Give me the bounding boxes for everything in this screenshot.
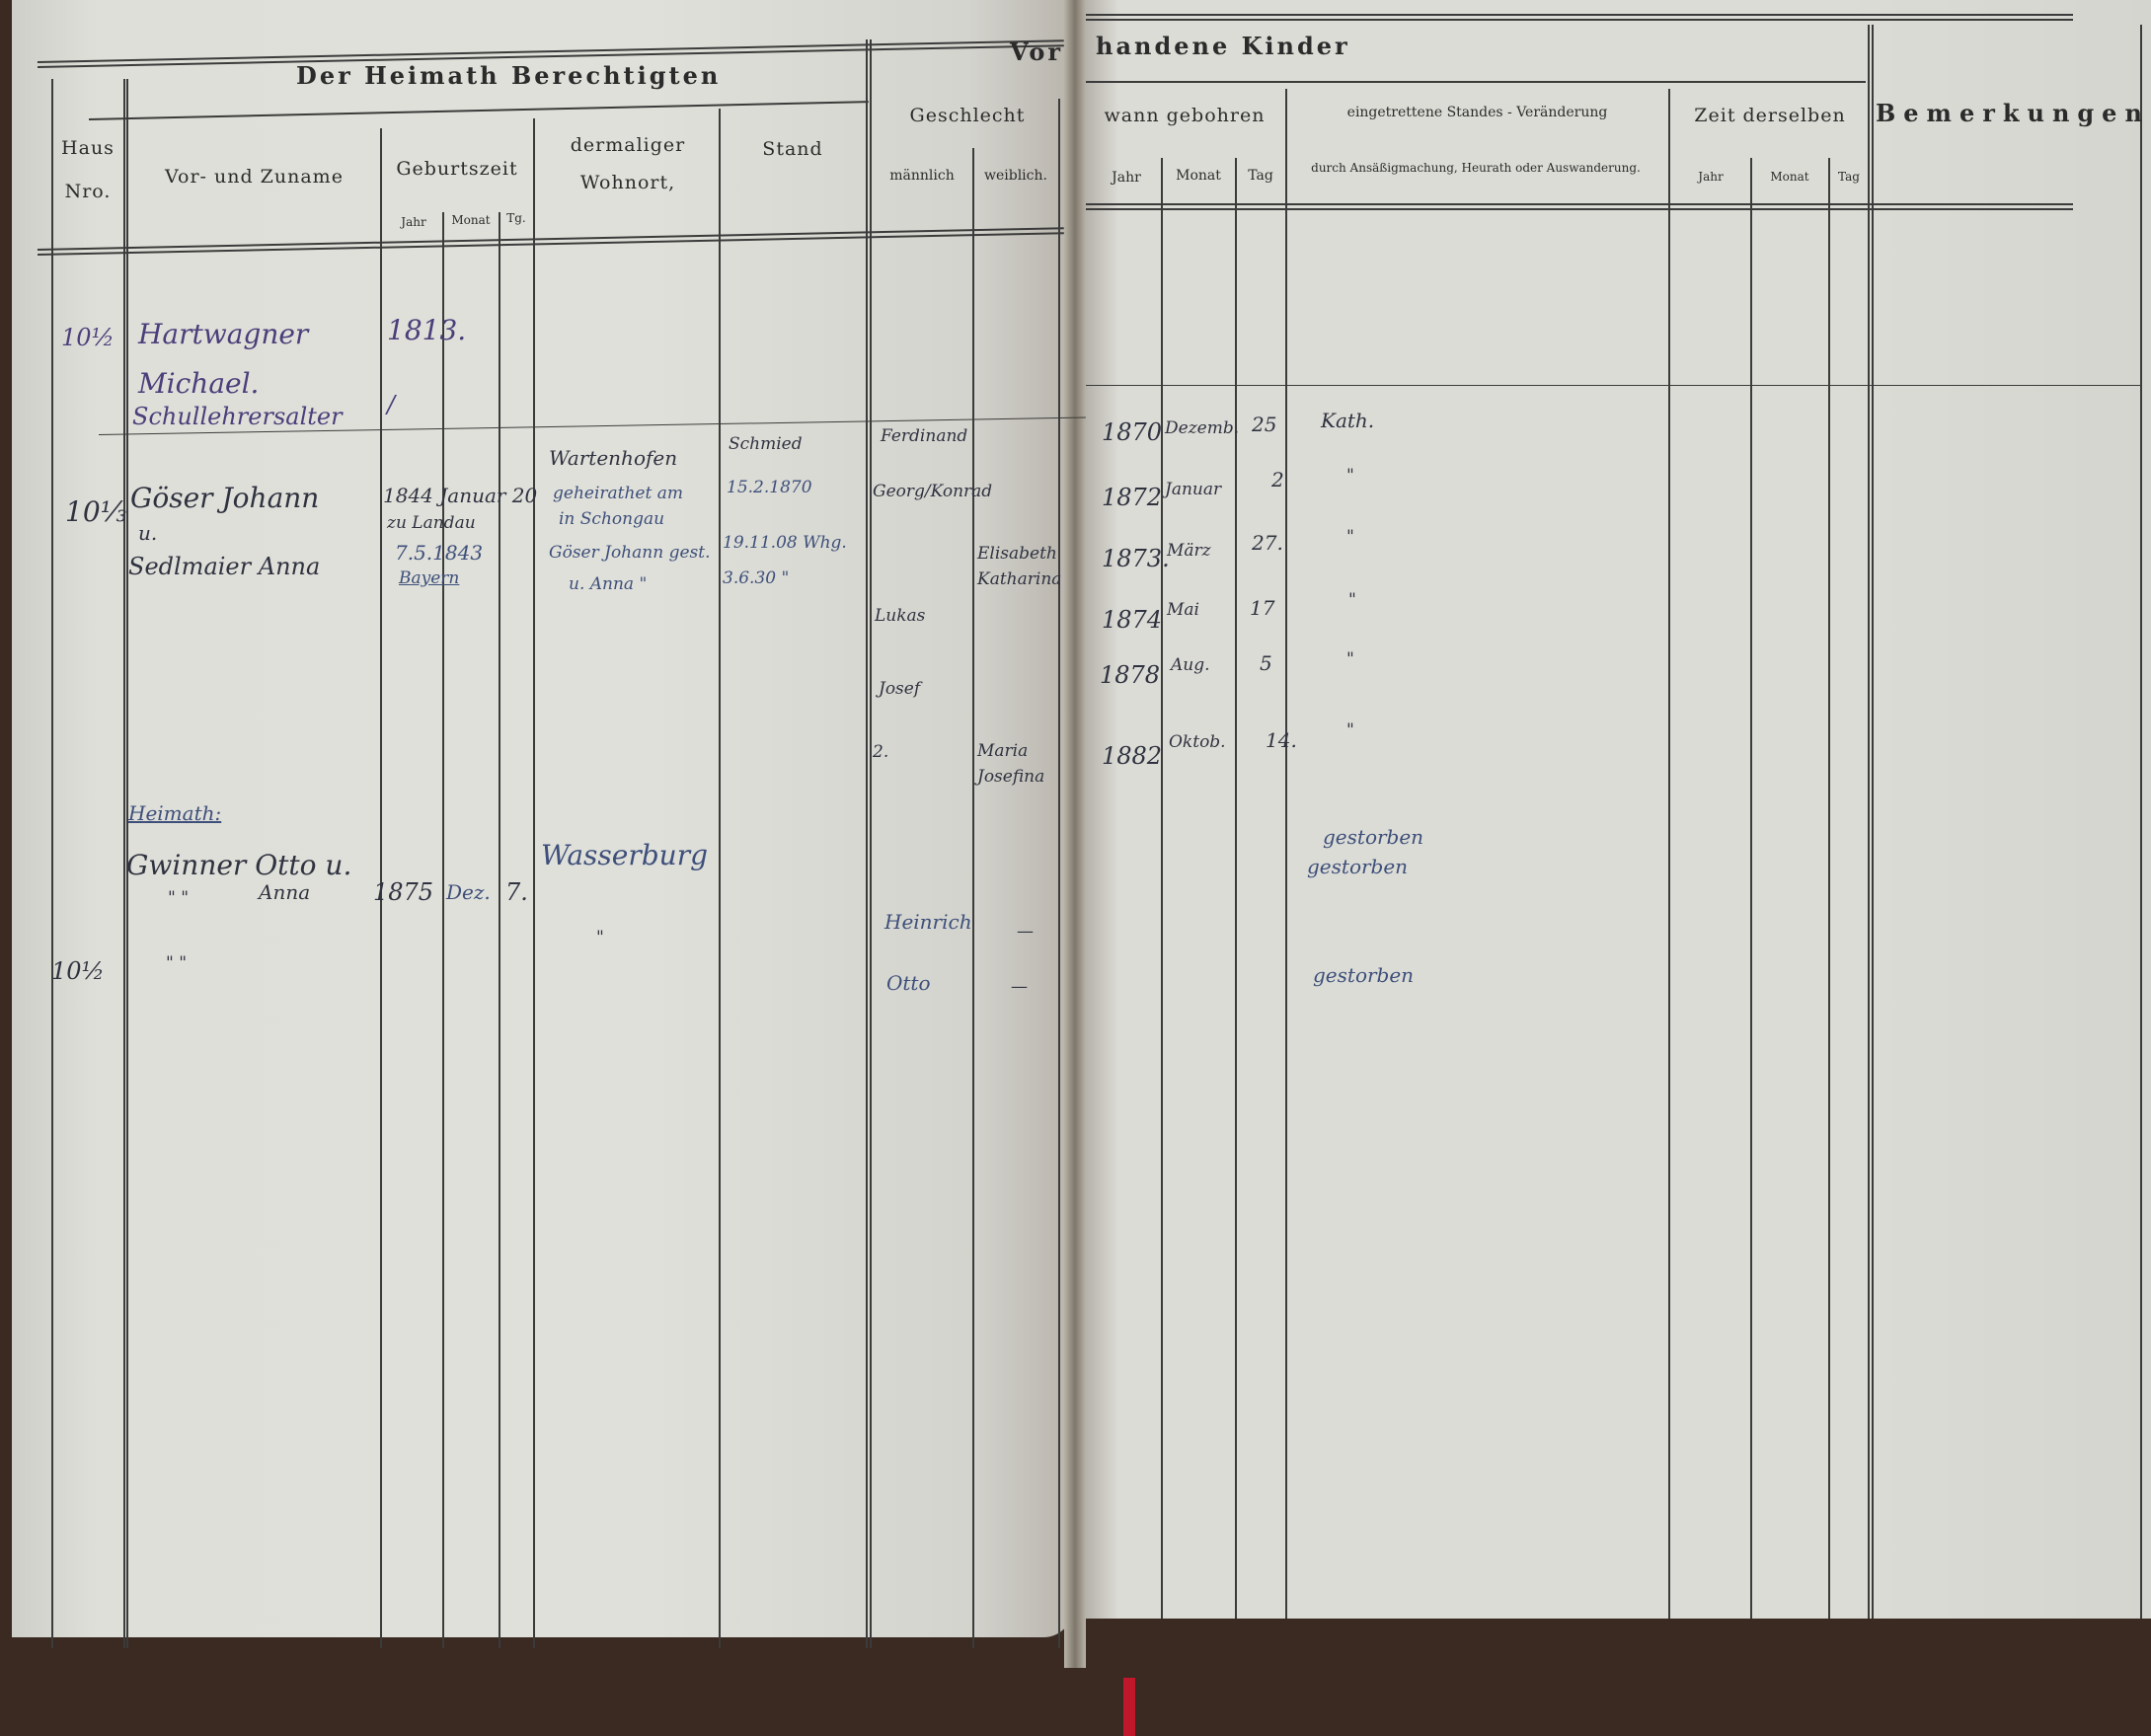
entry2-stand-line4: 3.6.30 " — [723, 568, 789, 588]
entry3-heading: Heimath: — [128, 801, 221, 825]
entry3-child1-weiblich: — — [1017, 922, 1034, 942]
header-kind-tag: Tag — [1238, 168, 1283, 184]
entry2-stand-line1: Schmied — [729, 434, 803, 454]
header-zeit-monat: Monat — [1752, 170, 1827, 184]
entry3-ditto-marks: " " — [166, 953, 187, 973]
header-standes-veraenderung: eingetrettene Standes - Veränderung — [1288, 105, 1666, 120]
child3-monat: März — [1167, 541, 1211, 561]
header-kind-jahr: Jahr — [1094, 170, 1159, 186]
entry2-haus-nro: 10⅓ — [65, 495, 127, 528]
entry3-name-line2: Anna — [259, 880, 310, 904]
child2-maennlich: Georg/Konrad — [873, 482, 992, 501]
entry2-wohnort-line2: geheirathet am — [553, 484, 683, 503]
child6-bemerkung: " — [1346, 720, 1354, 740]
child1-maennlich: Ferdinand — [881, 426, 967, 446]
entry2-stand-line3: 19.11.08 Whg. — [723, 533, 847, 553]
header-zeit-jahr: Jahr — [1673, 170, 1748, 184]
child3-weiblich: Elisabeth Katharina — [977, 541, 1056, 592]
entry3-child2-weiblich: — — [1011, 977, 1028, 997]
child3-tag: 27. — [1252, 531, 1283, 555]
entry1-name-line2: Michael. — [138, 367, 259, 400]
section-title-vor: Vor — [1007, 38, 1066, 66]
child3-jahr: 1873. — [1102, 545, 1170, 572]
child2-bemerkung: " — [1346, 466, 1354, 486]
entry3-name-line1: Gwinner Otto u. — [126, 849, 351, 881]
col-line-jahr — [442, 212, 444, 1648]
child5-monat: Aug. — [1171, 655, 1210, 675]
col-line-kind-monat — [1235, 158, 1237, 1619]
child1-jahr: 1870 — [1102, 418, 1162, 446]
entry2-wohnort-line1: Wartenhofen — [549, 446, 677, 470]
header-wohnort: dermaliger Wohnort, — [541, 126, 715, 201]
col-line-veraenderung — [1668, 89, 1670, 1619]
header-geburtszeit: Geburtszeit — [383, 158, 531, 180]
child4-tag: 17 — [1250, 596, 1274, 620]
entry1-haus-nro: 10½ — [61, 324, 115, 351]
entry3-birth-day: 7. — [505, 878, 528, 906]
child5-maennlich: Josef — [879, 679, 920, 699]
entry2-birth-line3: 7.5.1843 — [395, 541, 483, 565]
header-zeit-tag: Tag — [1830, 170, 1868, 184]
child6-maennlich: 2. — [873, 742, 888, 762]
header-bottom-right — [1086, 203, 2073, 210]
child6-jahr: 1882 — [1102, 742, 1162, 770]
child6-tag: 14. — [1266, 728, 1297, 752]
entry3-wohnort: Wasserburg — [541, 839, 708, 871]
entry3-birth-year: 1875 — [373, 878, 433, 906]
header-weiblich: weiblich. — [975, 168, 1056, 184]
entry3-birth-month: Dez. — [446, 880, 491, 904]
section-title-heimath: Der Heimath Berechtigten — [296, 61, 691, 90]
header-geschlecht: Geschlecht — [879, 105, 1056, 126]
child6-monat: Oktob. — [1169, 732, 1226, 752]
entry2-wohnort-line3: in Schongau — [559, 509, 664, 529]
col-line-monat — [499, 212, 500, 1648]
entry3-bemerkung-1: gestorben — [1323, 825, 1423, 849]
header-geburt-jahr: Jahr — [387, 215, 440, 229]
header-bemerkungen: Bemerkungen. — [1876, 99, 2140, 127]
header-kind-monat: Monat — [1163, 168, 1234, 184]
child3-bemerkung: " — [1346, 527, 1354, 547]
col-line-weiblich — [1058, 99, 1060, 1648]
entry2-name-line3: Sedlmaier Anna — [128, 553, 320, 580]
entry1-birth-year: 1813. — [387, 314, 466, 346]
entry2-name-line2: u. — [138, 521, 157, 545]
entry3-bemerkung-3: gestorben — [1313, 963, 1414, 987]
header-wann-gebohren: wann gebohren — [1086, 105, 1283, 126]
col-line-zeit-tag — [1868, 25, 1870, 1619]
col-line-zeit-monat — [1828, 158, 1830, 1619]
section-title-kinder: handene Kinder — [1096, 32, 1313, 60]
child1-monat: Dezemb. — [1165, 418, 1239, 438]
col-line-haus — [123, 79, 125, 1648]
child2-monat: Januar — [1165, 480, 1221, 499]
entry3-haus-nro: 10½ — [51, 957, 105, 985]
col-line-wohnort — [719, 109, 721, 1648]
child6-weiblich: Maria Josefina — [977, 738, 1056, 790]
col-line-kind-tag — [1285, 89, 1287, 1619]
entry3-wohnort-ditto: " — [596, 928, 604, 947]
col-line-kind-jahr — [1161, 158, 1163, 1619]
entry3-bemerkung-2: gestorben — [1307, 855, 1408, 878]
header-haus-nro: Haus Nro. — [54, 126, 121, 213]
child4-bemerkung: " — [1348, 590, 1356, 610]
book-gutter — [1064, 0, 1086, 1668]
entry3-name-line3: " " — [168, 888, 189, 908]
right-page — [1076, 0, 2151, 1619]
entry3-child1-maennlich: Heinrich — [884, 910, 972, 934]
entry1-name-line1: Hartwagner — [138, 318, 308, 350]
col-line-geburt — [533, 118, 535, 1648]
header-geburt-tag: Tg. — [499, 211, 533, 225]
col-line-stand-2 — [870, 39, 872, 1648]
child4-maennlich: Lukas — [875, 606, 925, 626]
header-veraenderung-sub: durch Ansäßigmachung, Heurath oder Auswa… — [1303, 158, 1649, 178]
child2-tag: 2 — [1271, 468, 1284, 491]
child5-bemerkung: " — [1346, 649, 1354, 669]
entry1-birth-mark: / — [387, 391, 395, 418]
entry-separator-right — [1086, 385, 2142, 386]
child4-jahr: 1874 — [1102, 606, 1162, 634]
rule-under-kinder-title — [1086, 81, 1866, 83]
col-line-maennlich — [972, 148, 974, 1648]
child5-tag: 5 — [1260, 651, 1272, 675]
col-line-margin — [51, 79, 53, 1648]
header-zeit-derselben: Zeit derselben — [1671, 105, 1869, 126]
child1-bemerkung: Kath. — [1321, 409, 1374, 432]
bookmark-ribbon — [1123, 1678, 1135, 1736]
entry2-birth-line4: Bayern — [399, 568, 459, 588]
header-stand: Stand — [723, 138, 863, 160]
entry2-birth-line1: 1844 Januar 20 — [383, 484, 537, 507]
entry2-birth-line2: zu Landau — [387, 513, 476, 533]
entry2-name-line1: Göser Johann — [130, 482, 319, 514]
header-maennlich: männlich — [874, 168, 970, 184]
child4-monat: Mai — [1167, 600, 1199, 620]
col-line-zeit-tag-2 — [1872, 25, 1874, 1619]
col-line-bemerkungen — [2140, 25, 2142, 1619]
child2-jahr: 1872 — [1102, 484, 1162, 511]
top-border-right — [1086, 14, 2073, 21]
child1-tag: 25 — [1252, 413, 1276, 436]
entry2-wohnort-line5: u. Anna " — [569, 574, 647, 594]
col-line-stand — [866, 39, 868, 1648]
entry3-child2-maennlich: Otto — [886, 971, 931, 995]
entry2-stand-line2: 15.2.1870 — [727, 478, 812, 497]
col-line-zeit-jahr — [1750, 158, 1752, 1619]
header-geburt-monat: Monat — [444, 213, 498, 227]
entry1-name-line3: Schullehrersalter — [132, 403, 343, 430]
child5-jahr: 1878 — [1100, 661, 1160, 689]
entry2-wohnort-line4: Göser Johann gest. — [549, 543, 710, 563]
header-name: Vor- und Zuname — [128, 166, 380, 188]
